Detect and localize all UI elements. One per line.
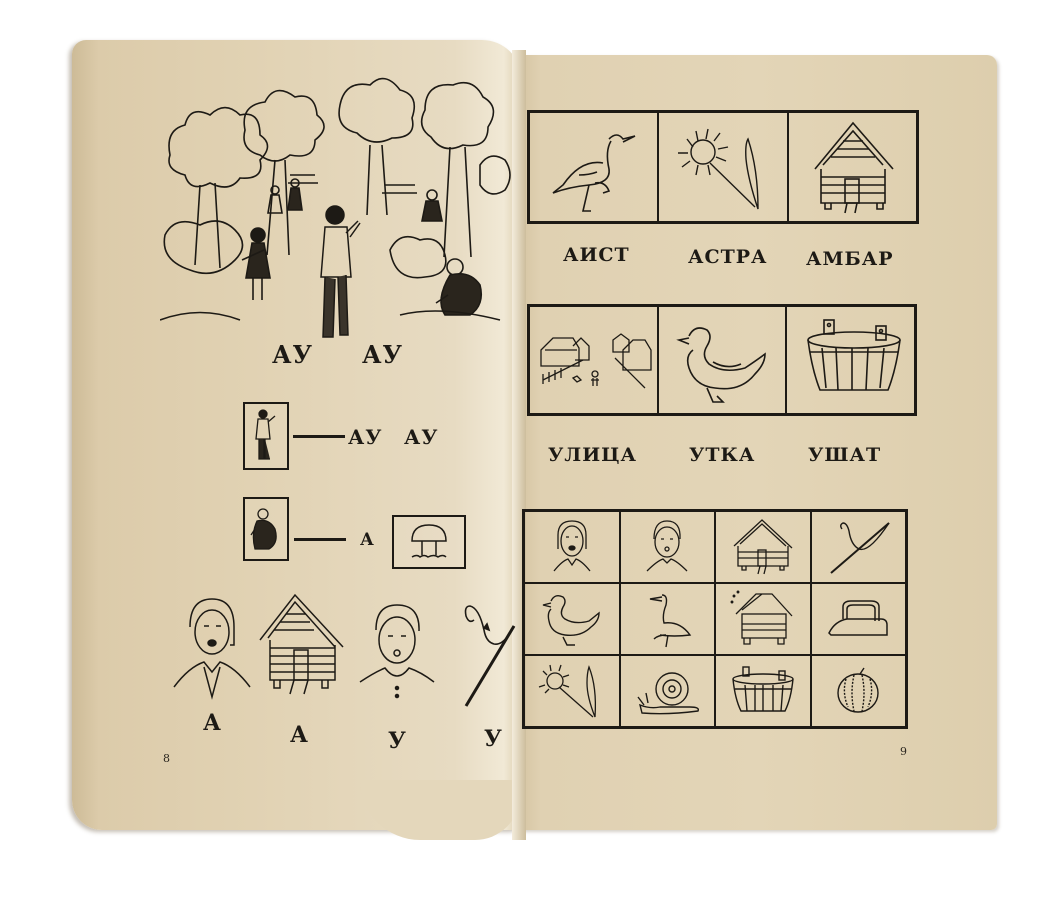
log-hut-icon bbox=[258, 590, 346, 700]
word-aist: АИСТ bbox=[563, 244, 630, 266]
letter-u-1: У bbox=[388, 728, 407, 754]
grid-watermelon bbox=[811, 655, 907, 727]
boy-calling-icon bbox=[321, 206, 360, 337]
village-street-icon bbox=[533, 310, 653, 410]
barn-icon bbox=[797, 117, 907, 217]
boy-face-round-mouth-icon bbox=[358, 600, 436, 705]
watermelon-icon bbox=[828, 661, 888, 721]
girl-face-icon bbox=[542, 517, 602, 577]
village-street-picture bbox=[529, 306, 658, 414]
aster-flower-icon bbox=[668, 117, 778, 217]
grid-iron bbox=[811, 583, 907, 655]
forest-scene-illustration bbox=[160, 75, 515, 340]
tree-icon bbox=[164, 79, 510, 278]
log-hut-icon bbox=[728, 516, 798, 578]
girl-face-picture bbox=[172, 592, 252, 702]
word-ushat: УШАТ bbox=[808, 444, 881, 466]
picture-grid bbox=[522, 509, 908, 729]
scene-caption-1: АУ bbox=[272, 340, 313, 369]
wooden-tub-icon bbox=[796, 310, 906, 410]
open-book: АУ АУ АУ АУ А bbox=[0, 0, 1050, 900]
boy-face-icon bbox=[637, 517, 697, 577]
grid-log-hut bbox=[715, 511, 811, 583]
letter-a-1: А bbox=[203, 710, 222, 736]
tub-picture bbox=[786, 306, 915, 414]
word-utka: УТКА bbox=[689, 444, 755, 466]
scene-caption-2: АУ bbox=[362, 340, 403, 369]
aster-picture bbox=[658, 112, 787, 222]
barn-picture bbox=[788, 112, 917, 222]
grid-girl-face bbox=[524, 511, 620, 583]
stork-picture bbox=[529, 112, 658, 222]
picture-row-a bbox=[527, 110, 919, 224]
page-number-right: 9 bbox=[900, 745, 907, 758]
girl-face-open-mouth-icon bbox=[172, 592, 252, 702]
child-gathering-icon bbox=[245, 499, 287, 559]
dash-line bbox=[294, 538, 346, 541]
distant-children-icon bbox=[268, 179, 442, 221]
page-number-left: 8 bbox=[163, 752, 170, 765]
grid-beehive bbox=[715, 583, 811, 655]
row1-text-2: АУ bbox=[404, 425, 439, 449]
mushroom-icon bbox=[394, 517, 464, 567]
stork-icon bbox=[632, 589, 702, 649]
boy-face-picture bbox=[358, 600, 436, 705]
word-astra: АСТРА bbox=[688, 246, 768, 268]
boy-calling-picture bbox=[243, 402, 289, 470]
grid-stork bbox=[620, 583, 716, 655]
boy-calling-icon bbox=[245, 404, 287, 468]
child-gathering-picture bbox=[243, 497, 289, 561]
duck-picture bbox=[658, 306, 787, 414]
picture-row-u bbox=[527, 304, 917, 416]
girl-picking-icon bbox=[242, 228, 270, 300]
snail-icon bbox=[632, 661, 702, 721]
grid-tub bbox=[715, 655, 811, 727]
wooden-tub-icon bbox=[727, 661, 799, 721]
dash-line bbox=[293, 435, 345, 438]
grid-snail bbox=[620, 655, 716, 727]
fishing-rod-picture bbox=[458, 598, 518, 710]
duck-icon bbox=[537, 589, 607, 649]
log-hut-picture bbox=[258, 590, 346, 700]
mushroom-picture bbox=[392, 515, 466, 569]
fishing-rod-icon bbox=[458, 598, 518, 710]
aster-flower-icon bbox=[537, 661, 607, 721]
row2-text: А bbox=[360, 530, 375, 550]
letter-a-2: А bbox=[290, 722, 309, 748]
letter-u-2: У bbox=[484, 726, 503, 752]
duck-icon bbox=[667, 310, 777, 410]
row1-text-1: АУ bbox=[348, 425, 383, 449]
grid-boy-face bbox=[620, 511, 716, 583]
iron-icon bbox=[823, 589, 893, 649]
word-ulitsa: УЛИЦА bbox=[548, 444, 637, 466]
child-gathering-mushroom-icon bbox=[436, 259, 481, 315]
beehive-icon bbox=[728, 588, 798, 650]
word-ambar: АМБАР bbox=[806, 248, 894, 270]
left-page-curl bbox=[360, 780, 520, 840]
grid-aster bbox=[524, 655, 620, 727]
stork-icon bbox=[539, 117, 649, 217]
grid-fishing-rod bbox=[811, 511, 907, 583]
grid-duck bbox=[524, 583, 620, 655]
fishing-rod-icon bbox=[823, 517, 893, 577]
